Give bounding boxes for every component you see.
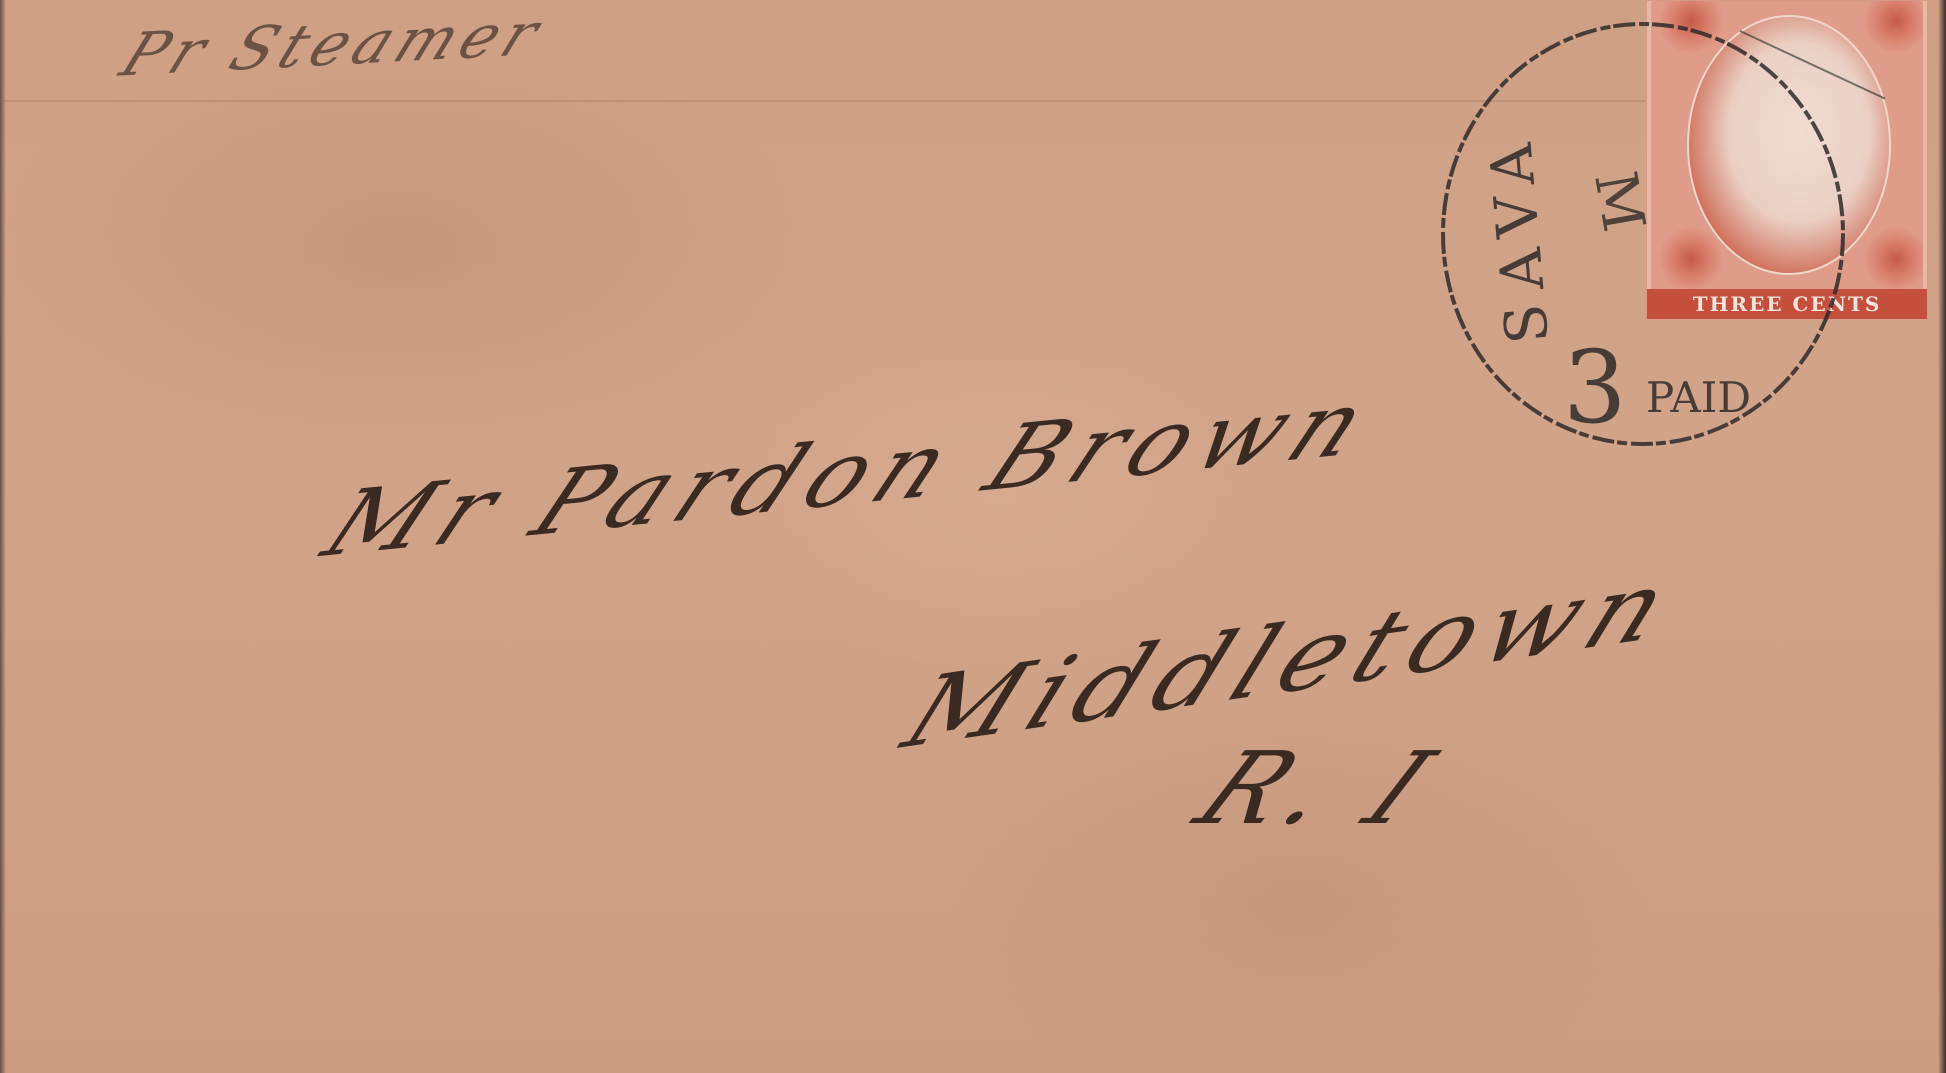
address-name: Mr Pardon Brown [308,369,1394,578]
flap-fold-line [0,100,1650,102]
postmark-paid: PAID [1646,373,1751,422]
envelope-right-edge [1938,0,1946,1073]
address-state: R. I [1176,730,1462,847]
postmark-month: M [1581,166,1658,236]
postmark-cancel: SAVA M 3 PAID [1428,12,1858,452]
envelope-cover: Pr Steamer Mr Pardon Brown Middletown R.… [0,0,1946,1073]
postmark-town: SAVA [1476,127,1562,347]
docket-note: Pr Steamer [111,0,555,91]
postmark-rate: 3 [1563,329,1627,446]
envelope-left-edge [0,0,6,1073]
